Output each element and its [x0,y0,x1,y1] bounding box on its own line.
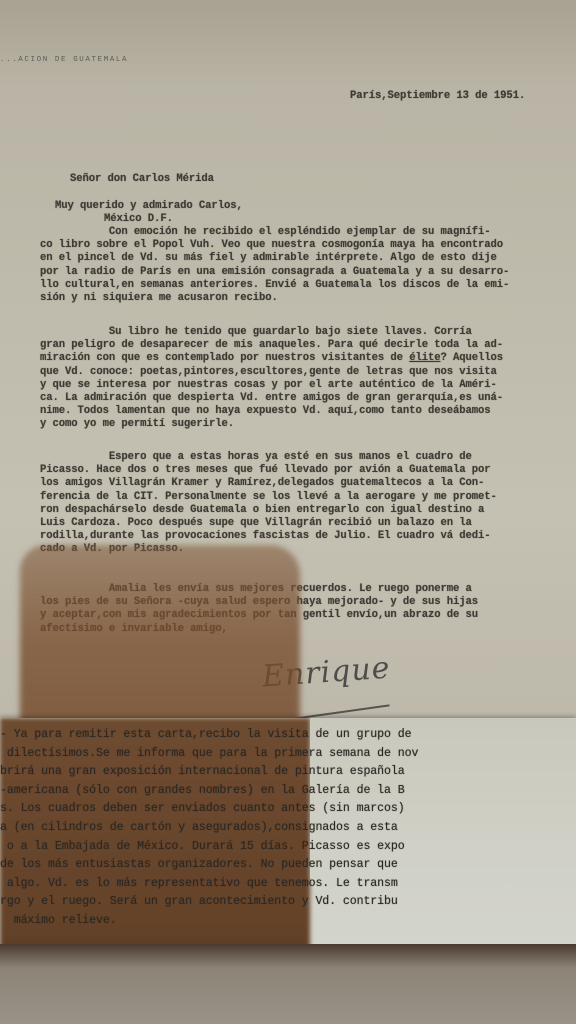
text-line: llo cultural,en semanas anteriores. Envi… [40,279,509,292]
text-line: ron despachárselo desde Guatemala o bien… [40,504,497,517]
text-line: brirá una gran exposición internacional … [0,763,418,782]
paragraph-3: Espero que a estas horas ya esté en sus … [40,451,497,557]
text-line: máximo relieve. [0,912,418,931]
text-line: rgo y el ruego. Será un gran acontecimie… [0,893,418,912]
table-surface [0,944,576,1024]
date-line: París,Septiembre 13 de 1951. [350,90,525,103]
letterhead: ...ACION DE GUATEMALA [0,56,128,64]
postscript-text: - Ya para remitir esta carta,recibo la v… [0,726,418,931]
text-line: rodilla,durante las provocaciones fascis… [40,530,497,543]
photo-scene: ...ACION DE GUATEMALA París,Septiembre 1… [0,0,576,1024]
paragraph-2: Su libro he tenido que guardarlo bajo si… [40,326,503,432]
text-line: nime. Todos lamentan que no haya expuest… [40,405,503,418]
text-line: - Ya para remitir esta carta,recibo la v… [0,726,418,745]
text-line: -americana (sólo con grandes nombres) en… [0,782,418,801]
text-line: en el pincel de Vd. su más fiel y admira… [40,252,509,265]
addressee-city: México D.F. [70,213,214,226]
text-line: s. Los cuadros deben ser enviados cuanto… [0,800,418,819]
text-line: Picasso. Hace dos o tres meses que fué l… [40,464,497,477]
addressee-name: Señor don Carlos Mérida [70,173,214,186]
text-line: miración con que es contemplado por nues… [40,352,503,365]
text-line: algo. Vd. es lo más representativo que t… [0,875,418,894]
underlined-word: élite [409,352,440,364]
text-line: y que se interesa por nuestras cosas y p… [40,379,503,392]
text-line: ca. La admiración que despierta Vd. entr… [40,392,503,405]
text-line: Espero que a estas horas ya esté en sus … [40,451,497,464]
text-line: de los más entusiastas organizadores. No… [0,856,418,875]
text-line: ferencia de la CIT. Personalmente se los… [40,491,497,504]
paragraph-1: Con emoción he recibido el espléndido ej… [40,226,509,305]
text-line: a (en cilindros de cartón y asegurados),… [0,819,418,838]
text-line: gran peligro de desaparecer de mis anaqu… [40,339,503,352]
text-line: o a la Embajada de México. Durará 15 día… [0,838,418,857]
text-line: sión y ni siquiera me acusaron recibo. [40,292,509,305]
text-line: que Vd. conoce: poetas,pintores,escultor… [40,366,503,379]
text-line: dilectísimos.Se me informa que para la p… [0,745,418,764]
text-line: Con emoción he recibido el espléndido ej… [40,226,509,239]
salutation: Muy querido y admirado Carlos, [55,200,243,213]
text-line: Su libro he tenido que guardarlo bajo si… [40,326,503,339]
text-line: y como yo me permití sugerirle. [40,418,503,431]
text-line: Luis Cardoza. Poco después supe que Vill… [40,517,497,530]
text-line: co libro sobre el Popol Vuh. Veo que nue… [40,239,509,252]
text-line: por la radio de París en una emisión con… [40,266,509,279]
text-line: los amigos Villagrán Kramer y Ramírez,de… [40,477,497,490]
